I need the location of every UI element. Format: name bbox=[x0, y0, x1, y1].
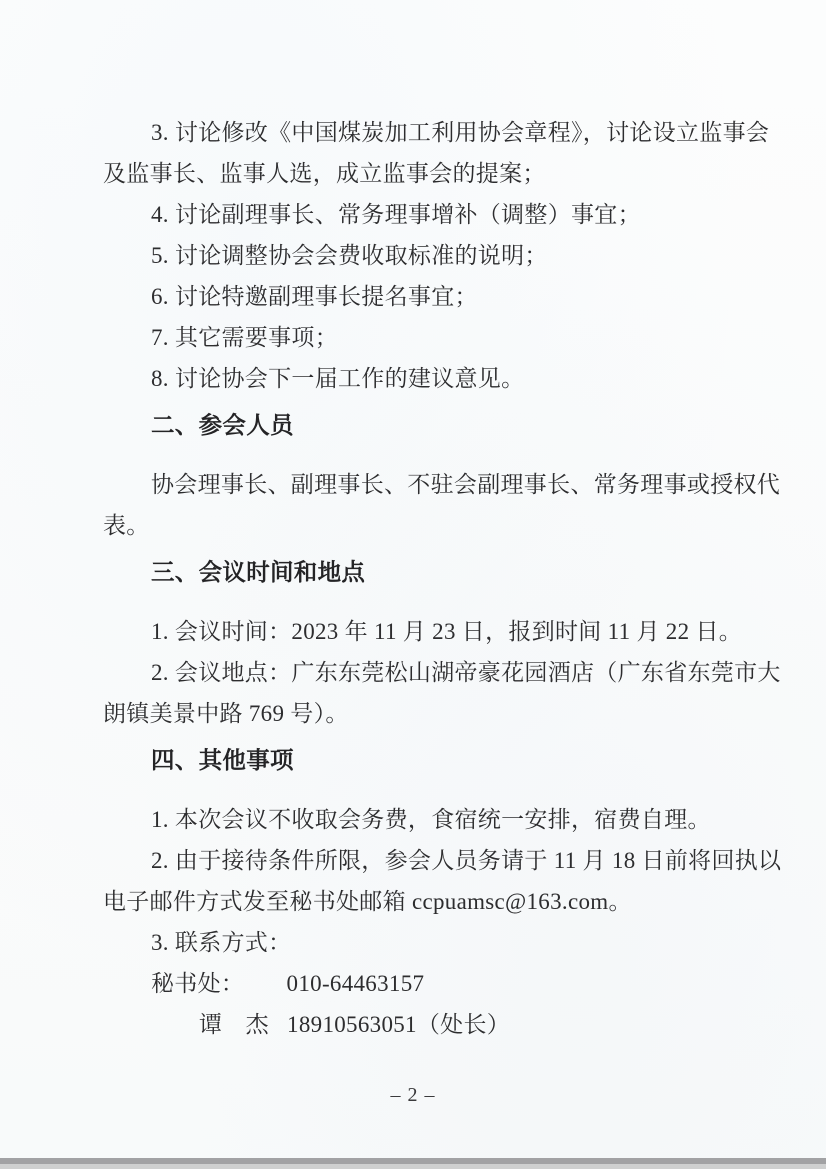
document-body: 3. 讨论修改《中国煤炭加工利用协会章程》，讨论设立监事会及监事长、监事人选，成… bbox=[103, 112, 743, 1045]
section-heading: 三、会议时间和地点 bbox=[103, 552, 743, 593]
text-line: 朗镇美景中路 769 号）。 bbox=[103, 693, 743, 734]
text-line: 4. 讨论副理事长、常务理事增补（调整）事宜； bbox=[103, 194, 743, 235]
text-line: 表。 bbox=[103, 505, 743, 546]
text-line: 2. 会议地点：广东东莞松山湖帝豪花园酒店（广东省东莞市大 bbox=[103, 652, 743, 693]
section-heading: 二、参会人员 bbox=[103, 405, 743, 446]
text-line: 2. 由于接待条件所限，参会人员务请于 11 月 18 日前将回执以 bbox=[103, 840, 743, 881]
text-line: 8. 讨论协会下一届工作的建议意见。 bbox=[103, 358, 743, 399]
text-line: 1. 会议时间：2023 年 11 月 23 日，报到时间 11 月 22 日。 bbox=[103, 611, 743, 652]
text-line: 5. 讨论调整协会会费收取标准的说明； bbox=[103, 235, 743, 276]
text-line: 秘书处： 010-64463157 bbox=[103, 963, 743, 1004]
text-line: 3. 讨论修改《中国煤炭加工利用协会章程》，讨论设立监事会 bbox=[103, 112, 743, 153]
text-line: 及监事长、监事人选，成立监事会的提案； bbox=[103, 153, 743, 194]
text-line: 电子邮件方式发至秘书处邮箱 ccpuamsc@163.com。 bbox=[103, 881, 743, 922]
scan-edge-highlight bbox=[0, 1164, 826, 1169]
section-heading: 四、其他事项 bbox=[103, 740, 743, 781]
text-line: 3. 联系方式： bbox=[103, 922, 743, 963]
document-page: 3. 讨论修改《中国煤炭加工利用协会章程》，讨论设立监事会及监事长、监事人选，成… bbox=[0, 0, 826, 1169]
text-line: 谭 杰 18910563051（处长） bbox=[103, 1004, 743, 1045]
text-line: 1. 本次会议不收取会务费，食宿统一安排，宿费自理。 bbox=[103, 799, 743, 840]
text-line: 7. 其它需要事项； bbox=[103, 317, 743, 358]
text-line: 6. 讨论特邀副理事长提名事宜； bbox=[103, 276, 743, 317]
page-number: – 2 – bbox=[0, 1080, 826, 1110]
text-line: 协会理事长、副理事长、不驻会副理事长、常务理事或授权代 bbox=[103, 464, 743, 505]
